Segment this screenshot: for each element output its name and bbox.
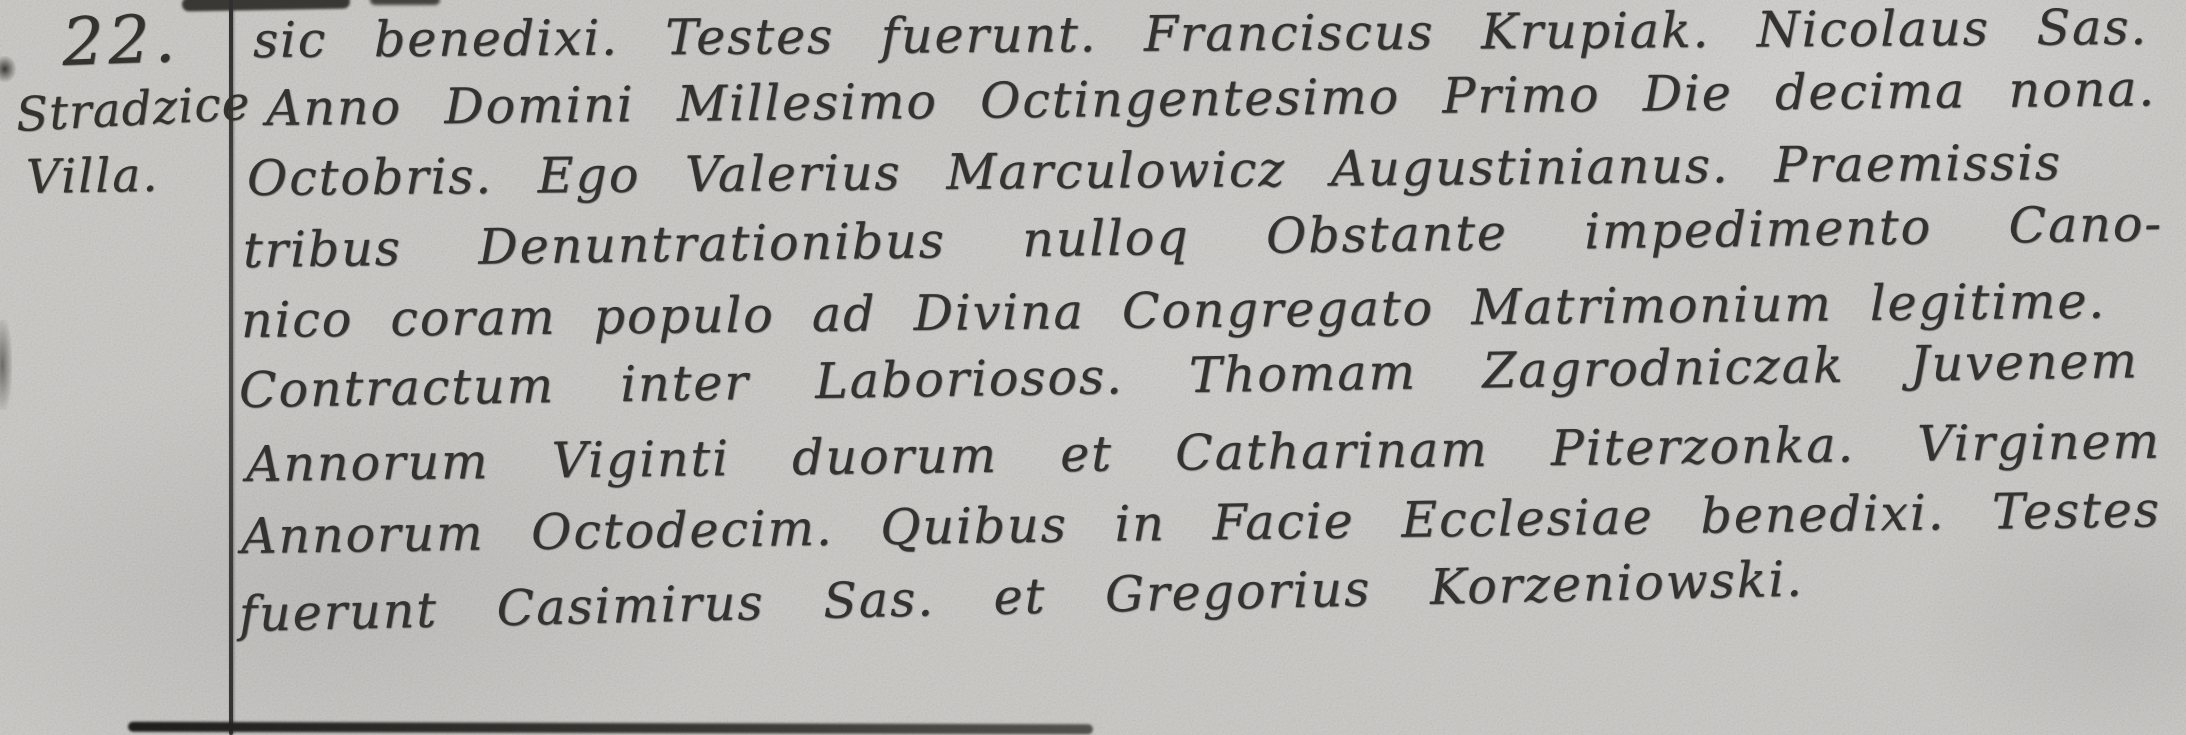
scanned-register-page: 22. Stradzice Villa. sic benedixi. Teste… [0,0,2186,735]
edge-ink-speck-2 [0,320,12,410]
record-text-line-7: Annorum Viginti duorum et Catharinam Pit… [246,413,2162,493]
record-text-line-9: fuerunt Casimirus Sas. et Gregorius Korz… [238,551,1804,643]
cutoff-stroke-top-2 [370,0,440,5]
edge-ink-speck [0,56,16,82]
record-text-line-3: Octobris. Ego Valerius Marculowicz Augus… [247,134,2062,207]
ink-smear-bottom [128,722,1093,735]
record-text-line-8: Annorum Octodecim. Quibus in Facie Eccle… [241,481,2162,565]
cutoff-stroke-top [182,0,350,11]
record-text-line-1: sic benedixi. Testes fuerunt. Franciscus… [253,0,2148,69]
place-name-villa: Villa. [26,148,160,205]
record-text-line-2: Anno Domini Millesimo Octingentesimo Pri… [266,60,2156,137]
record-text-line-4: tribus Denuntrationibus nulloq Obstante … [243,195,2164,279]
record-number: 22. [61,0,181,81]
place-name: Stradzice [15,76,252,143]
